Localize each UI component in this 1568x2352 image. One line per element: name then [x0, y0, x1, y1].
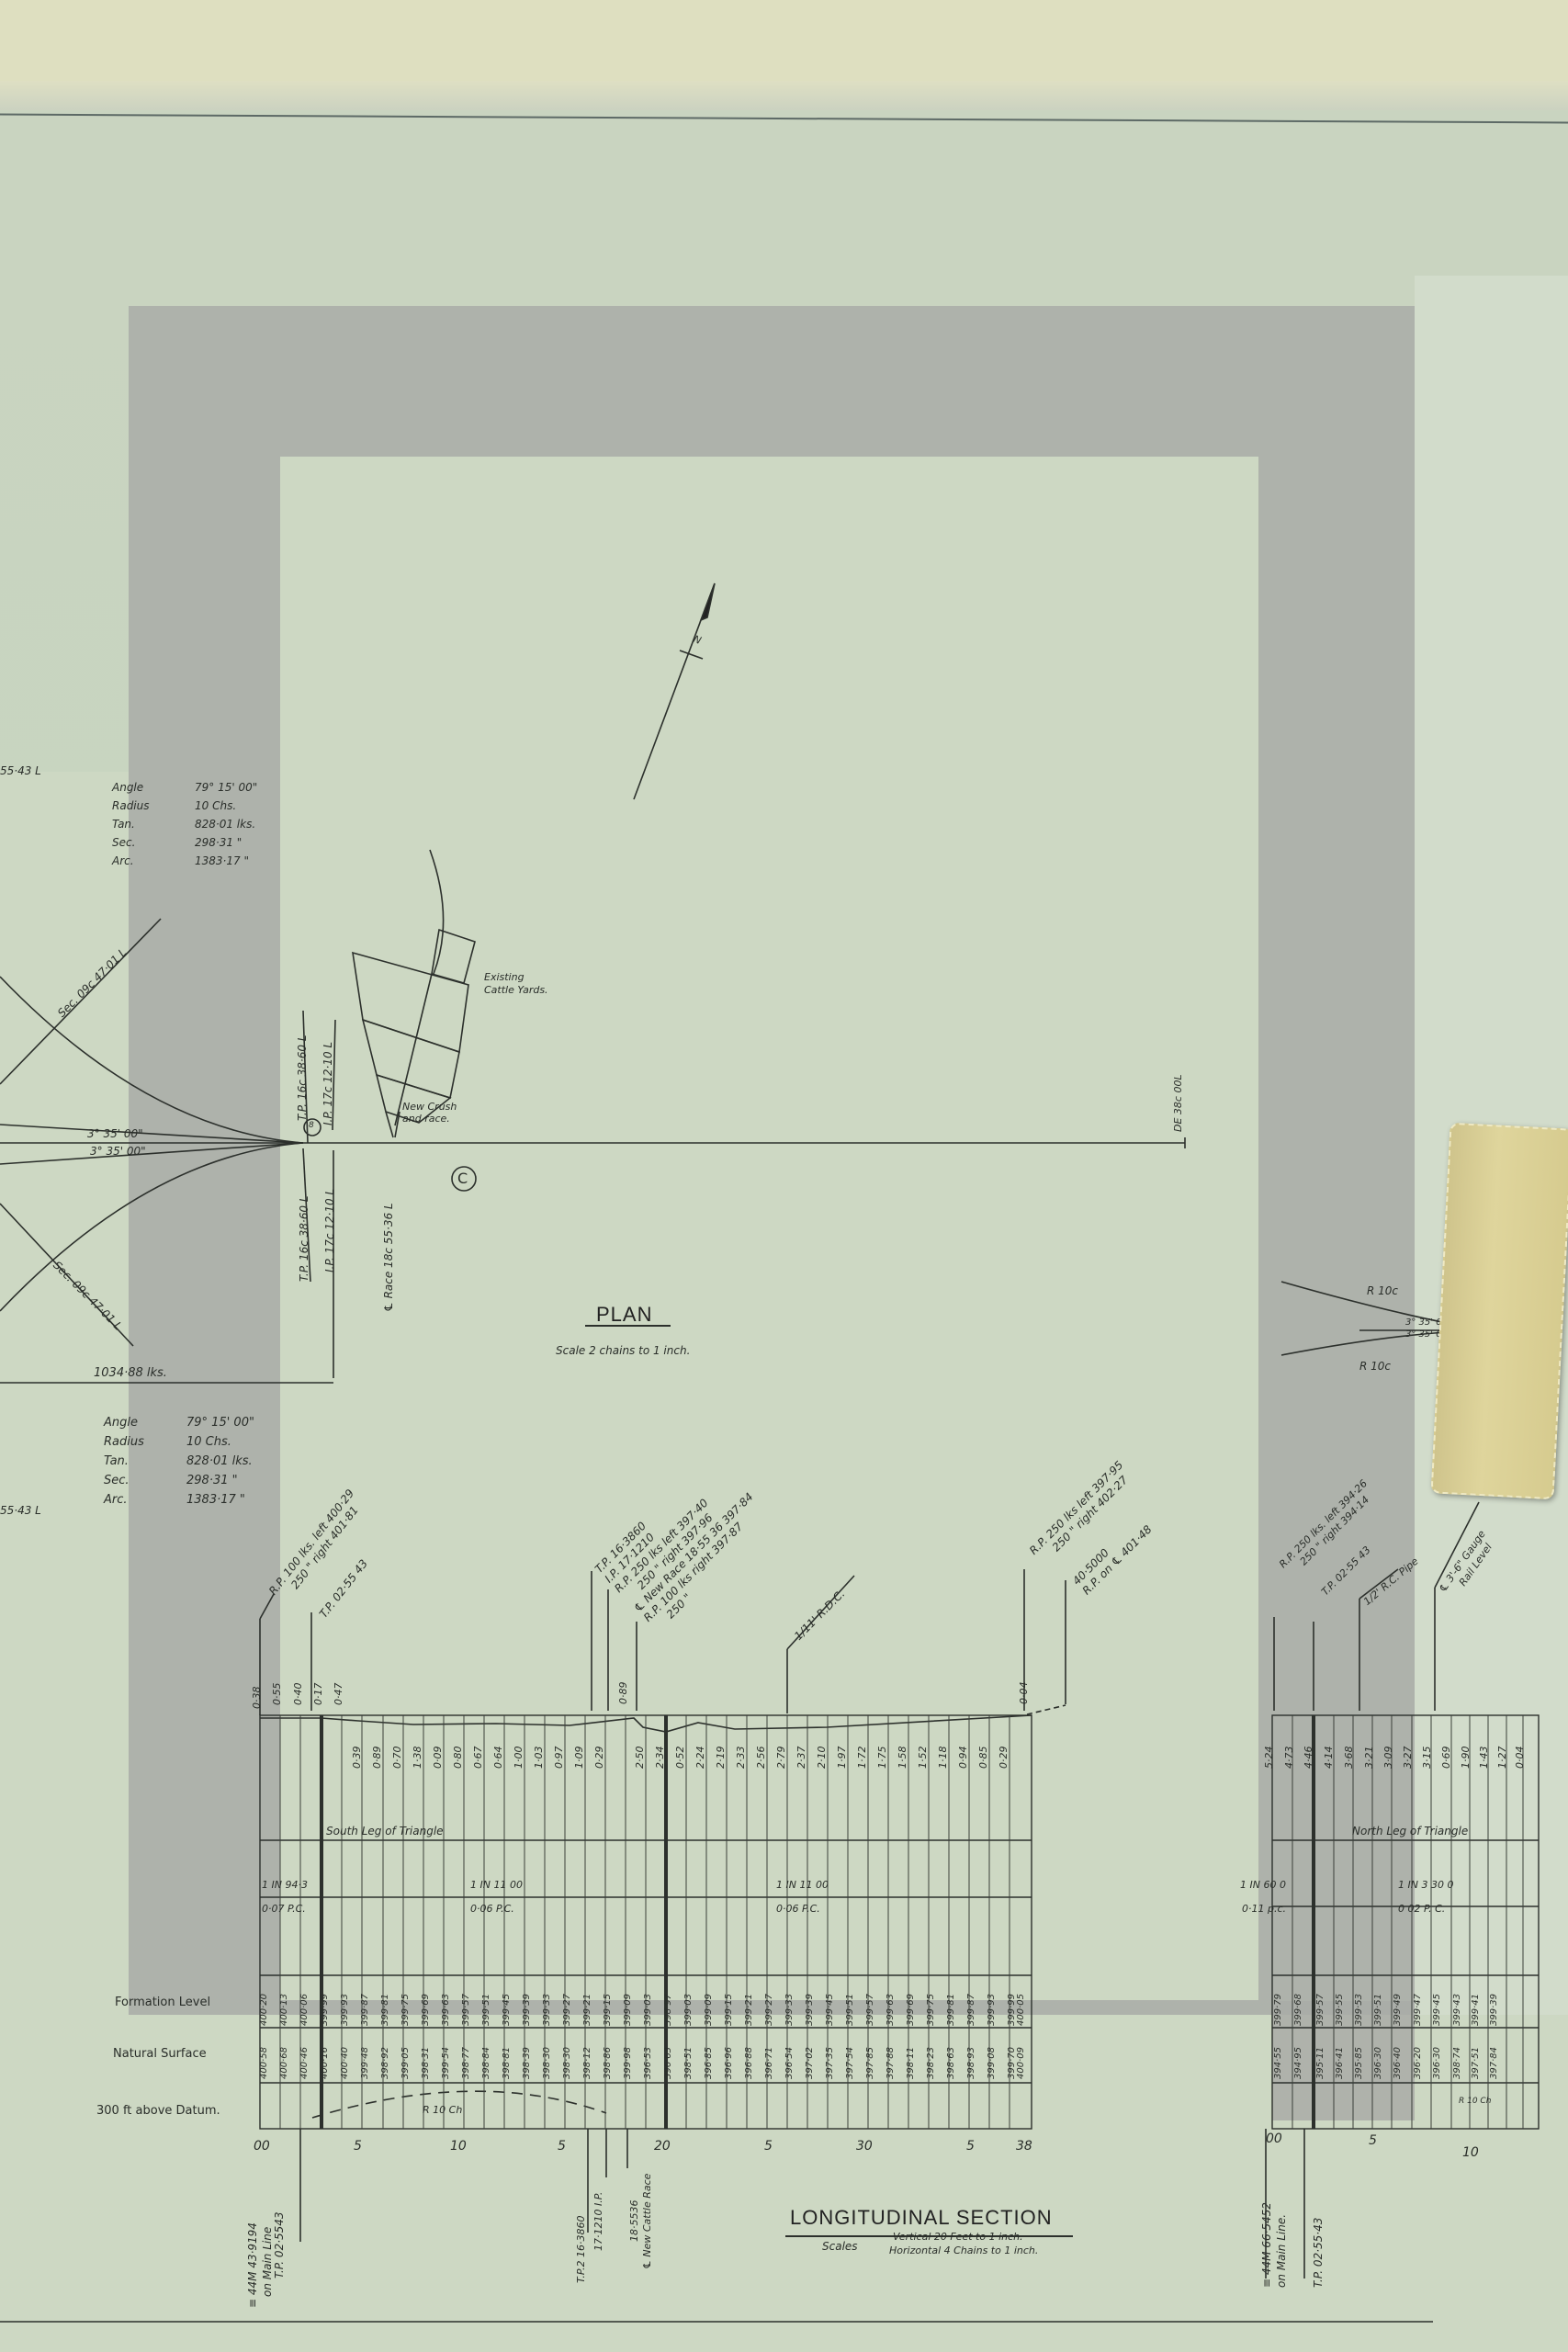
chainage-tick: 00 [254, 2139, 270, 2154]
chainage-tick: 5 [558, 2139, 566, 2154]
formation-value: 399·55 [1335, 1994, 1345, 2026]
depth-value: 2·56 [755, 1747, 767, 1770]
value: 10 Chs. [195, 797, 236, 815]
value: 298·31 " [195, 833, 242, 852]
section-scales-label: Scales [822, 2240, 858, 2253]
natural-value: 400·40 [340, 2047, 350, 2079]
natural-value: 396·71 [764, 2047, 774, 2079]
line: New Crush [402, 1101, 457, 1113]
natural-value: 399·08 [987, 2047, 997, 2079]
value: 1383·17 " [186, 1490, 245, 1510]
station-marker-8: 8 [309, 1121, 314, 1130]
value: 79° 15' 00" [186, 1413, 254, 1432]
depth-value: 1·52 [917, 1747, 929, 1770]
natural-value: 396·53 [643, 2047, 653, 2079]
grade-ratio: 1 IN 11 00 [776, 1879, 829, 1891]
formation-value: 399·57 [1315, 1994, 1325, 2026]
formation-value: 399·49 [1393, 1994, 1403, 2026]
dimension-label: 1034·88 lks. [94, 1366, 167, 1380]
natural-value: 400·16 [320, 2047, 330, 2079]
depth-value: 0·64 [492, 1747, 504, 1770]
formation-value: 399·81 [380, 1994, 390, 2026]
formation-value: 399·69 [906, 1994, 916, 2026]
formation-value: 399·87 [966, 1994, 976, 2026]
natural-value: 397·84 [1489, 2047, 1499, 2079]
formation-value: 399·27 [562, 1994, 572, 2026]
depth-value: 0·80 [452, 1747, 464, 1770]
formation-value: 399·45 [825, 1994, 835, 2026]
chainage-tick: 00 [1266, 2131, 1282, 2146]
natural-value: 399·54 [441, 2047, 451, 2079]
formation-value: 399·39 [1489, 1994, 1499, 2026]
label: Radius [104, 1432, 186, 1452]
depth-value: 1·38 [412, 1747, 423, 1770]
station-top-left: 55·43 L [0, 764, 41, 777]
depth-value: 1·18 [937, 1747, 949, 1770]
formation-value: 399·09 [623, 1994, 633, 2026]
natural-value: 396·41 [1335, 2047, 1345, 2079]
depth-value: 1·72 [856, 1747, 868, 1770]
natural-value: 398·30 [542, 2047, 552, 2079]
depth-value: 0·85 [977, 1747, 989, 1770]
formation-value: 399·43 [1452, 1994, 1462, 2026]
formation-value: 399·27 [764, 1994, 774, 2026]
label: Tan. [112, 815, 195, 833]
formation-value: 399·51 [1373, 1994, 1383, 2026]
natural-value: 394·95 [1293, 2047, 1303, 2079]
formation-value: 399·57 [461, 1994, 471, 2026]
bottom-label-main-line: ≡ 44M 43·9194 [246, 2222, 259, 2308]
value: 828·01 lks. [195, 815, 255, 833]
depth-value: 1·90 [1460, 1747, 1472, 1770]
natural-value: 398·12 [582, 2047, 592, 2079]
natural-value: 396·88 [744, 2047, 754, 2079]
bottom-label-main-line-north: ≡ 44M 66·5452 [1260, 2202, 1273, 2288]
south-leg-label: South Leg of Triangle [326, 1825, 444, 1837]
natural-value: 398·31 [421, 2047, 431, 2079]
right-radius-bottom: R 10c [1359, 1360, 1391, 1373]
depth-value: 2·34 [654, 1747, 666, 1770]
formation-value: 399·21 [744, 1994, 754, 2026]
formation-value: 399·75 [400, 1994, 411, 2026]
label: Arc. [112, 852, 195, 870]
label: Angle [104, 1413, 186, 1432]
grade-ratio: 1 IN 3 30 0 [1398, 1879, 1453, 1891]
depth-value: 2·10 [816, 1747, 828, 1770]
depth-value: 4·46 [1303, 1747, 1314, 1770]
natural-value: 398·93 [966, 2047, 976, 2079]
depth-value: 1·75 [876, 1747, 888, 1770]
bottom-label-on-main: on Main Line [261, 2227, 274, 2297]
depth-value: 0·97 [553, 1747, 565, 1770]
depth-value: 2·24 [694, 1747, 706, 1770]
depth-value: 2·50 [634, 1747, 646, 1770]
row-label-natural: Natural Surface [113, 2047, 207, 2061]
formation-value: 399·21 [582, 1994, 592, 2026]
ip-upper-label: I.P. 17c 12·10 L [321, 1042, 334, 1125]
formation-value: 399·51 [481, 1994, 491, 2026]
formation-value: 399·75 [926, 1994, 936, 2026]
natural-value: 396·40 [1393, 2047, 1403, 2079]
bottom-label-tp2: T.P.2 16·3860 [575, 2215, 587, 2283]
depth-value: 0·09 [432, 1747, 444, 1770]
depth-value: 0·55 [271, 1683, 283, 1706]
label: Radius [112, 797, 195, 815]
depth-value: 1·58 [897, 1747, 908, 1770]
natural-value: 397·88 [886, 2047, 896, 2079]
copyright-icon: C [457, 1170, 468, 1187]
depth-value: 0·17 [312, 1683, 324, 1706]
depth-value: 3·27 [1402, 1747, 1414, 1770]
angle-lower: 3° 35' 00" [90, 1145, 146, 1158]
row-label-formation: Formation Level [115, 1996, 210, 2009]
value: 828·01 lks. [186, 1452, 253, 1471]
grade-pc: 0·06 P.C. [776, 1903, 820, 1915]
depth-value: 2·37 [795, 1747, 807, 1770]
natural-value: 394·55 [1273, 2047, 1283, 2079]
natural-value: 395·11 [1315, 2047, 1325, 2079]
depth-value: 0·89 [617, 1682, 629, 1705]
depth-value: 0·40 [292, 1683, 304, 1706]
formation-value: 399·03 [683, 1994, 694, 2026]
depth-value: 0·69 [1440, 1747, 1452, 1770]
natural-value: 398·86 [603, 2047, 613, 2079]
depth-value: 1·03 [533, 1747, 545, 1770]
bottom-label-new-race: ℄ New Cattle Race [641, 2174, 653, 2269]
chainage-tick: 5 [1369, 2133, 1377, 2148]
depth-value: 0·94 [957, 1747, 969, 1770]
natural-value: 400·46 [299, 2047, 310, 2079]
natural-value: 397·54 [845, 2047, 855, 2079]
chainage-tick: 5 [354, 2139, 362, 2154]
label: Angle [112, 778, 195, 797]
chainage-tick: 10 [450, 2139, 467, 2154]
formation-value: 399·45 [1432, 1994, 1442, 2026]
natural-value: 396·30 [1432, 2047, 1442, 2079]
formation-value: 399·33 [784, 1994, 795, 2026]
formation-value: 399·93 [340, 1994, 350, 2026]
depth-value: 3·09 [1382, 1747, 1394, 1770]
tp-upper-label: T.P. 16c 38·60 L [296, 1035, 309, 1121]
depth-value: 1·97 [836, 1747, 848, 1770]
depth-value: 5·24 [1263, 1747, 1275, 1770]
depth-value: 4·73 [1283, 1747, 1295, 1770]
natural-value: 400·58 [259, 2047, 269, 2079]
existing-yards-label: Existing Cattle Yards. [484, 971, 548, 997]
depth-value: 2·79 [775, 1747, 787, 1770]
plan-title: PLAN [596, 1303, 652, 1327]
curve-radius-north-label: R 10 Ch [1459, 2097, 1491, 2106]
chainage-tick: 20 [654, 2139, 671, 2154]
grade-pc: 0·11 p.c. [1242, 1903, 1286, 1915]
depth-value: 0·39 [351, 1747, 363, 1770]
grade-pc: 0·06 P.C. [470, 1903, 514, 1915]
race-label: ℄ Race 18c 55·36 L [382, 1203, 395, 1312]
natural-value: 398·11 [906, 2047, 916, 2079]
natural-value: 398·51 [683, 2047, 694, 2079]
natural-value: 398·63 [946, 2047, 956, 2079]
natural-value: 396·63 [663, 2047, 673, 2079]
tp-lower-label: T.P. 16c 38·60 L [298, 1196, 310, 1282]
natural-value: 397·51 [1471, 2047, 1481, 2079]
curve-table-top: Angle79° 15' 00" Radius10 Chs. Tan.828·0… [112, 778, 257, 870]
depth-value: 3·21 [1363, 1747, 1375, 1770]
natural-value: 399·98 [623, 2047, 633, 2079]
section-scale-vertical: Vertical 20 Feet to 1 inch. [893, 2231, 1023, 2243]
value: 298·31 " [186, 1471, 238, 1490]
depth-value: 0·89 [371, 1747, 383, 1770]
natural-value: 396·54 [784, 2047, 795, 2079]
depth-value: 3·68 [1343, 1747, 1355, 1770]
value: 10 Chs. [186, 1432, 231, 1452]
chainage-tick: 38 [1016, 2139, 1032, 2154]
grade-ratio: 1 IN 94·3 [262, 1879, 308, 1891]
formation-value: 399·51 [845, 1994, 855, 2026]
formation-value: 399·68 [1293, 1994, 1303, 2026]
depth-value: 0·04 [1514, 1747, 1526, 1770]
depth-value: 0·29 [593, 1747, 605, 1770]
north-leg-label: North Leg of Triangle [1352, 1825, 1468, 1837]
natural-value: 396·20 [1413, 2047, 1423, 2079]
value: 79° 15' 00" [195, 778, 257, 797]
formation-value: 399·63 [886, 1994, 896, 2026]
leather-tab [1431, 1123, 1568, 1499]
bottom-label-tp: T.P. 02·5543 [273, 2211, 286, 2278]
grade-pc: 0 02 P. C. [1398, 1903, 1445, 1915]
grade-ratio: 1 IN 60 0 [1240, 1879, 1286, 1891]
formation-value: 399·15 [724, 1994, 734, 2026]
ip-lower-label: I.P. 17c 12·10 L [323, 1189, 336, 1272]
depth-value: 3·15 [1421, 1747, 1433, 1770]
formation-value: 399·41 [1471, 1994, 1481, 2026]
section-scale-horizontal: Horizontal 4 Chains to 1 inch. [889, 2245, 1038, 2256]
chainage-tick: 10 [1462, 2145, 1479, 2160]
station-bottom-left: 55·43 L [0, 1504, 41, 1517]
right-radius-top: R 10c [1367, 1284, 1398, 1297]
label: Tan. [104, 1452, 186, 1471]
bottom-label-tp-north: T.P. 02·55·43 [1312, 2218, 1325, 2288]
depth-value: 0·47 [333, 1683, 344, 1706]
line: Existing [484, 971, 548, 984]
formation-value: 399·39 [522, 1994, 532, 2026]
formation-value: 399·87 [360, 1994, 370, 2026]
chainage-tick: 30 [856, 2139, 873, 2154]
natural-value: 398·23 [926, 2047, 936, 2079]
section-title: LONGITUDINAL SECTION [790, 2206, 1053, 2230]
natural-value: 400·68 [279, 2047, 289, 2079]
label: Arc. [104, 1490, 186, 1510]
depth-value: 4·14 [1323, 1747, 1335, 1770]
natural-value: 397·85 [865, 2047, 875, 2079]
depth-value: 1·43 [1478, 1747, 1490, 1770]
natural-value: 398·74 [1452, 2047, 1462, 2079]
grade-pc: 0·07 P.C. [262, 1903, 306, 1915]
natural-value: 396·30 [1373, 2047, 1383, 2079]
formation-value: 399·81 [946, 1994, 956, 2026]
label: Sec. [112, 833, 195, 852]
grade-ratio: 1 IN 11 00 [470, 1879, 523, 1891]
formation-value: 399·93 [987, 1994, 997, 2026]
formation-value: 399·47 [1413, 1994, 1423, 2026]
natural-value: 396·96 [724, 2047, 734, 2079]
plan-scale: Scale 2 chains to 1 inch. [556, 1344, 690, 1357]
depth-value: 1·27 [1496, 1747, 1508, 1770]
de-label: DE 38c 00L [1172, 1074, 1184, 1132]
natural-value: 398·77 [461, 2047, 471, 2079]
bottom-label-race-ch: 18·5536 [628, 2200, 640, 2243]
formation-value: 399·33 [542, 1994, 552, 2026]
new-crush-label: New Crush and race. [402, 1101, 457, 1125]
formation-value: 399·79 [1273, 1994, 1283, 2026]
natural-value: 397·02 [805, 2047, 815, 2079]
formation-value: 399·69 [421, 1994, 431, 2026]
natural-value: 397·35 [825, 2047, 835, 2079]
formation-value: 399·99 [320, 1994, 330, 2026]
chainage-tick: 5 [764, 2139, 773, 2154]
formation-value: 399·63 [441, 1994, 451, 2026]
formation-value: 400·05 [1016, 1994, 1026, 2026]
natural-value: 399·05 [400, 2047, 411, 2079]
depth-value: 0·70 [391, 1747, 403, 1770]
depth-value: 1·09 [573, 1747, 585, 1770]
depth-value: 2·19 [715, 1747, 727, 1770]
line: Cattle Yards. [484, 984, 548, 997]
formation-value: 399·57 [865, 1994, 875, 2026]
formation-value: 400·20 [259, 1994, 269, 2026]
formation-value: 400·06 [299, 1994, 310, 2026]
bottom-label-on-main-north: on Main Line. [1275, 2214, 1288, 2288]
depth-value: 0·52 [674, 1747, 686, 1770]
curve-table-bottom: Angle79° 15' 00" Radius10 Chs. Tan.828·0… [104, 1413, 254, 1510]
angle-upper: 3° 35' 00" [87, 1127, 143, 1140]
formation-value: 399·09 [704, 1994, 714, 2026]
formation-value: 399·03 [643, 1994, 653, 2026]
chainage-tick: 5 [966, 2139, 975, 2154]
curve-radius-label: R 10 Ch [423, 2104, 462, 2116]
natural-value: 398·39 [522, 2047, 532, 2079]
depth-value: 0·67 [472, 1747, 484, 1770]
natural-value: 399·48 [360, 2047, 370, 2079]
formation-value: 399·53 [1354, 1994, 1364, 2026]
natural-value: 398·30 [562, 2047, 572, 2079]
row-label-datum: 300 ft above Datum. [96, 2104, 220, 2118]
formation-value: 399·15 [603, 1994, 613, 2026]
formation-value: 399·45 [502, 1994, 512, 2026]
natural-value: 398·84 [481, 2047, 491, 2079]
natural-value: 398·92 [380, 2047, 390, 2079]
depth-value: 0·04 [1018, 1682, 1030, 1705]
depth-value: 2·33 [735, 1747, 747, 1770]
formation-value: 400·13 [279, 1994, 289, 2026]
formation-value: 399·39 [805, 1994, 815, 2026]
depth-value: 1·00 [513, 1747, 525, 1770]
formation-value: 398·97 [663, 1994, 673, 2026]
natural-value: 400·09 [1016, 2047, 1026, 2079]
depth-value: 0·38 [251, 1687, 263, 1710]
value: 1383·17 " [195, 852, 249, 870]
depth-value: 0·29 [998, 1747, 1010, 1770]
natural-value: 396·85 [704, 2047, 714, 2079]
natural-value: 398·81 [502, 2047, 512, 2079]
natural-value: 395·85 [1354, 2047, 1364, 2079]
bottom-label-ip: 17·1210 I.P. [592, 2192, 604, 2251]
line: and race. [402, 1113, 457, 1125]
label: Sec. [104, 1471, 186, 1490]
